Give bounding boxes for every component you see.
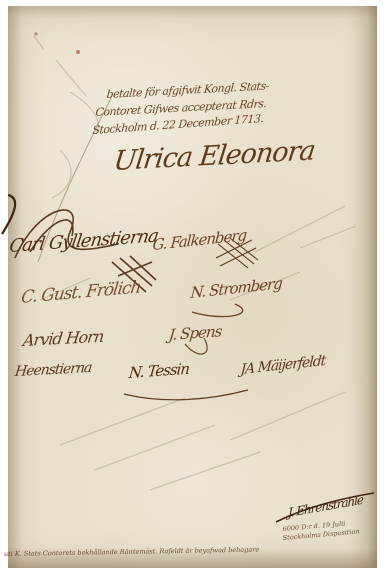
signature-spens: J. Spens (168, 322, 222, 344)
manuscript-photo: betalte för afgifwit Kongl. Stats- Conto… (0, 0, 385, 575)
